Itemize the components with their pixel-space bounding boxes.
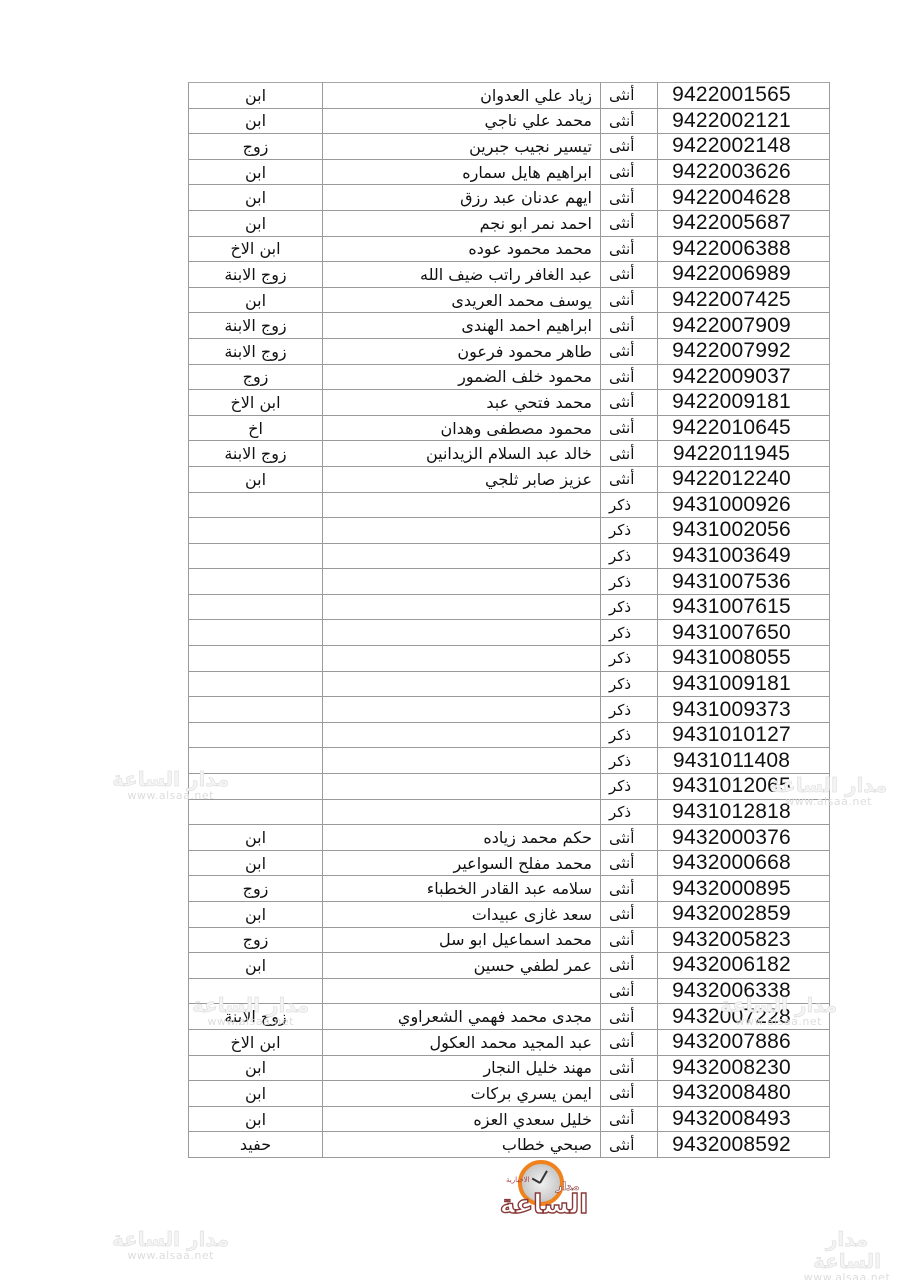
relation-cell [189, 492, 323, 518]
table-row: ابناحمد نمر ابو نجمأنثى9422005687 [189, 210, 830, 236]
id-cell: 9422004628 [658, 185, 830, 211]
id-cell: 9431010127 [658, 722, 830, 748]
table-row: زوج الابنةطاهر محمود فرعونأنثى9422007992 [189, 338, 830, 364]
table-row: زوجمحمود خلف الضمورأنثى9422009037 [189, 364, 830, 390]
name-cell: طاهر محمود فرعون [323, 338, 601, 364]
gender-cell: أنثى [601, 466, 658, 492]
relation-cell: ابن [189, 825, 323, 851]
id-cell: 9431012065 [658, 774, 830, 800]
relation-cell: ابن [189, 1106, 323, 1132]
name-cell [323, 543, 601, 569]
name-cell: سلامه عبد القادر الخطباء [323, 876, 601, 902]
relation-cell: اخ [189, 415, 323, 441]
name-cell: مجدى محمد فهمي الشعراوي [323, 1004, 601, 1030]
name-cell [323, 799, 601, 825]
name-cell: محمد علي ناجي [323, 108, 601, 134]
name-cell [323, 594, 601, 620]
table-row: ذكر9431012065 [189, 774, 830, 800]
name-cell: عبد المجيد محمد العكول [323, 1029, 601, 1055]
name-cell: زياد علي العدوان [323, 83, 601, 109]
relation-cell [189, 774, 323, 800]
gender-cell: أنثى [601, 902, 658, 928]
id-cell: 9422011945 [658, 441, 830, 467]
gender-cell: أنثى [601, 390, 658, 416]
relation-cell [189, 671, 323, 697]
name-cell: ابراهيم احمد الهندى [323, 313, 601, 339]
table-row: ابنيوسف محمد العريدىأنثى9422007425 [189, 287, 830, 313]
gender-cell: أنثى [601, 978, 658, 1004]
gender-cell: ذكر [601, 748, 658, 774]
id-cell: 9431002056 [658, 518, 830, 544]
table-row: ابنمهند خليل النجارأنثى9432008230 [189, 1055, 830, 1081]
document-page: ابنزياد علي العدوانأنثى9422001565ابنمحمد… [0, 0, 904, 1280]
gender-cell: أنثى [601, 185, 658, 211]
table-row: ابنعزيز صابر ثلجيأنثى9422012240 [189, 466, 830, 492]
relation-cell: ابن [189, 953, 323, 979]
name-cell [323, 671, 601, 697]
relation-cell: ابن [189, 1081, 323, 1107]
table-row: زوجسلامه عبد القادر الخطباءأنثى943200089… [189, 876, 830, 902]
table-row: ذكر9431002056 [189, 518, 830, 544]
name-cell: مهند خليل النجار [323, 1055, 601, 1081]
gender-cell: ذكر [601, 569, 658, 595]
name-cell: محمود خلف الضمور [323, 364, 601, 390]
relation-cell: زوج الابنة [189, 1004, 323, 1030]
logo-word: الساعة [498, 1190, 590, 1220]
name-cell: تيسير نجيب جبرين [323, 134, 601, 160]
relation-cell [189, 748, 323, 774]
gender-cell: أنثى [601, 850, 658, 876]
table-row: حفيدصبحي خطابأنثى9432008592 [189, 1132, 830, 1158]
table-row: اخمحمود مصطفى وهدانأنثى9422010645 [189, 415, 830, 441]
name-cell: محمد مفلح السواعير [323, 850, 601, 876]
watermark-bottom-left: مدار الساعة www.alsaa.net [112, 1228, 229, 1262]
table-row: أنثى9432006338 [189, 978, 830, 1004]
name-cell [323, 748, 601, 774]
id-cell: 9432005823 [658, 927, 830, 953]
name-cell [323, 774, 601, 800]
gender-cell: أنثى [601, 108, 658, 134]
gender-cell: أنثى [601, 313, 658, 339]
name-cell [323, 620, 601, 646]
id-cell: 9431009373 [658, 697, 830, 723]
relation-cell: زوج الابنة [189, 262, 323, 288]
name-cell [323, 978, 601, 1004]
id-cell: 9432008480 [658, 1081, 830, 1107]
relation-cell [189, 518, 323, 544]
name-cell: محمد فتحي عبد [323, 390, 601, 416]
table-row: ذكر9431009181 [189, 671, 830, 697]
id-cell: 9432008493 [658, 1106, 830, 1132]
relation-cell [189, 543, 323, 569]
gender-cell: ذكر [601, 722, 658, 748]
id-cell: 9422007425 [658, 287, 830, 313]
relation-cell: ابن [189, 902, 323, 928]
relation-cell: ابن [189, 850, 323, 876]
table-row: ذكر9431000926 [189, 492, 830, 518]
id-cell: 9432008230 [658, 1055, 830, 1081]
id-cell: 9432000668 [658, 850, 830, 876]
id-cell: 9422006388 [658, 236, 830, 262]
gender-cell: أنثى [601, 441, 658, 467]
relation-cell: زوج الابنة [189, 313, 323, 339]
table-row: ذكر9431009373 [189, 697, 830, 723]
gender-cell: أنثى [601, 927, 658, 953]
relation-cell: ابن [189, 83, 323, 109]
table-row: ابنمحمد مفلح السواعيرأنثى9432000668 [189, 850, 830, 876]
id-cell: 9432000895 [658, 876, 830, 902]
records-table: ابنزياد علي العدوانأنثى9422001565ابنمحمد… [188, 82, 830, 1158]
table-row: زوج الابنةخالد عبد السلام الزيدانينأنثى9… [189, 441, 830, 467]
gender-cell: أنثى [601, 236, 658, 262]
logo-tagline: الاخبارية [506, 1176, 530, 1184]
id-cell: 9422003626 [658, 159, 830, 185]
id-cell: 9432008592 [658, 1132, 830, 1158]
id-cell: 9431009181 [658, 671, 830, 697]
name-cell [323, 697, 601, 723]
id-cell: 9422009037 [658, 364, 830, 390]
gender-cell: ذكر [601, 543, 658, 569]
id-cell: 9431011408 [658, 748, 830, 774]
gender-cell: أنثى [601, 415, 658, 441]
table-row: ذكر9431003649 [189, 543, 830, 569]
name-cell [323, 518, 601, 544]
name-cell: عبد الغافر راتب ضيف الله [323, 262, 601, 288]
table-row: ابن الاخمحمد محمود عودهأنثى9422006388 [189, 236, 830, 262]
gender-cell: ذكر [601, 774, 658, 800]
id-cell: 9422006989 [658, 262, 830, 288]
id-cell: 9422007992 [658, 338, 830, 364]
name-cell [323, 722, 601, 748]
id-cell: 9422010645 [658, 415, 830, 441]
watermark-title: مدار الساعة [112, 1228, 229, 1250]
relation-cell: ابن [189, 1055, 323, 1081]
id-cell: 9431007650 [658, 620, 830, 646]
id-cell: 9431000926 [658, 492, 830, 518]
id-cell: 9432007886 [658, 1029, 830, 1055]
relation-cell: زوج [189, 927, 323, 953]
relation-cell: حفيد [189, 1132, 323, 1158]
relation-cell: ابن [189, 210, 323, 236]
id-cell: 9422012240 [658, 466, 830, 492]
id-cell: 9422001565 [658, 83, 830, 109]
relation-cell: زوج [189, 134, 323, 160]
watermark-title: مدار الساعة [790, 1228, 904, 1272]
table-row: زوج الابنةابراهيم احمد الهندىأنثى9422007… [189, 313, 830, 339]
relation-cell [189, 646, 323, 672]
relation-cell [189, 620, 323, 646]
id-cell: 9431003649 [658, 543, 830, 569]
id-cell: 9422009181 [658, 390, 830, 416]
relation-cell [189, 978, 323, 1004]
relation-cell: ابن الاخ [189, 390, 323, 416]
id-cell: 9422002121 [658, 108, 830, 134]
table-row: ذكر9431007650 [189, 620, 830, 646]
table-row: ابنعمر لطفي حسينأنثى9432006182 [189, 953, 830, 979]
table-row: زوج الابنةمجدى محمد فهمي الشعراويأنثى943… [189, 1004, 830, 1030]
gender-cell: أنثى [601, 364, 658, 390]
gender-cell: أنثى [601, 1081, 658, 1107]
name-cell [323, 646, 601, 672]
gender-cell: أنثى [601, 953, 658, 979]
relation-cell: ابن [189, 108, 323, 134]
id-cell: 9432006338 [658, 978, 830, 1004]
gender-cell: أنثى [601, 159, 658, 185]
name-cell: ايمن يسري بركات [323, 1081, 601, 1107]
relation-cell: زوج [189, 876, 323, 902]
name-cell: حكم محمد زياده [323, 825, 601, 851]
gender-cell: ذكر [601, 646, 658, 672]
records-table-body: ابنزياد علي العدوانأنثى9422001565ابنمحمد… [189, 83, 830, 1158]
name-cell: عزيز صابر ثلجي [323, 466, 601, 492]
name-cell: ايهم عدنان عبد رزق [323, 185, 601, 211]
id-cell: 9432007228 [658, 1004, 830, 1030]
table-row: ابنايمن يسري بركاتأنثى9432008480 [189, 1081, 830, 1107]
gender-cell: أنثى [601, 1004, 658, 1030]
gender-cell: ذكر [601, 697, 658, 723]
gender-cell: أنثى [601, 825, 658, 851]
table-row: ابنخليل سعدي العزهأنثى9432008493 [189, 1106, 830, 1132]
name-cell: احمد نمر ابو نجم [323, 210, 601, 236]
gender-cell: أنثى [601, 876, 658, 902]
table-row: ابنحكم محمد زيادهأنثى9432000376 [189, 825, 830, 851]
gender-cell: أنثى [601, 83, 658, 109]
name-cell [323, 569, 601, 595]
name-cell: سعد غازى عبيدات [323, 902, 601, 928]
id-cell: 9431007536 [658, 569, 830, 595]
gender-cell: أنثى [601, 134, 658, 160]
table-row: ابنزياد علي العدوانأنثى9422001565 [189, 83, 830, 109]
table-row: ذكر9431012818 [189, 799, 830, 825]
relation-cell [189, 799, 323, 825]
gender-cell: أنثى [601, 1029, 658, 1055]
relation-cell: ابن الاخ [189, 236, 323, 262]
name-cell: صبحي خطاب [323, 1132, 601, 1158]
table-row: ابنابراهيم هايل سمارهأنثى9422003626 [189, 159, 830, 185]
watermark-url: www.alsaa.net [112, 1250, 229, 1262]
table-row: ذكر9431010127 [189, 722, 830, 748]
id-cell: 9432006182 [658, 953, 830, 979]
table-row: ذكر9431011408 [189, 748, 830, 774]
id-cell: 9431008055 [658, 646, 830, 672]
gender-cell: أنثى [601, 338, 658, 364]
name-cell: محمود مصطفى وهدان [323, 415, 601, 441]
table-row: ذكر9431008055 [189, 646, 830, 672]
table-row: ذكر9431007536 [189, 569, 830, 595]
gender-cell: ذكر [601, 518, 658, 544]
relation-cell [189, 569, 323, 595]
watermark-url: www.alsaa.net [790, 1272, 904, 1280]
gender-cell: ذكر [601, 799, 658, 825]
table-row: ابن الاخعبد المجيد محمد العكولأنثى943200… [189, 1029, 830, 1055]
table-row: ذكر9431007615 [189, 594, 830, 620]
gender-cell: ذكر [601, 671, 658, 697]
table-row: ابنسعد غازى عبيداتأنثى9432002859 [189, 902, 830, 928]
relation-cell [189, 722, 323, 748]
table-row: ابنايهم عدنان عبد رزقأنثى9422004628 [189, 185, 830, 211]
table-row: ابنمحمد علي ناجيأنثى9422002121 [189, 108, 830, 134]
relation-cell: ابن [189, 287, 323, 313]
id-cell: 9432002859 [658, 902, 830, 928]
name-cell [323, 492, 601, 518]
id-cell: 9431007615 [658, 594, 830, 620]
gender-cell: ذكر [601, 492, 658, 518]
relation-cell: ابن [189, 159, 323, 185]
gender-cell: أنثى [601, 262, 658, 288]
gender-cell: أنثى [601, 210, 658, 236]
name-cell: عمر لطفي حسين [323, 953, 601, 979]
table-row: ابن الاخمحمد فتحي عبدأنثى9422009181 [189, 390, 830, 416]
gender-cell: أنثى [601, 1055, 658, 1081]
id-cell: 9422005687 [658, 210, 830, 236]
name-cell: محمد محمود عوده [323, 236, 601, 262]
gender-cell: ذكر [601, 594, 658, 620]
gender-cell: أنثى [601, 1132, 658, 1158]
watermark-bottom-right: مدار الساعة www.alsaa.net [790, 1228, 904, 1280]
id-cell: 9422002148 [658, 134, 830, 160]
id-cell: 9422007909 [658, 313, 830, 339]
name-cell: خالد عبد السلام الزيدانين [323, 441, 601, 467]
site-logo: الاخبارية مدار الساعة [498, 1160, 590, 1220]
gender-cell: أنثى [601, 1106, 658, 1132]
name-cell: يوسف محمد العريدى [323, 287, 601, 313]
table-row: زوج الابنةعبد الغافر راتب ضيف اللهأنثى94… [189, 262, 830, 288]
id-cell: 9432000376 [658, 825, 830, 851]
relation-cell: ابن [189, 466, 323, 492]
id-cell: 9431012818 [658, 799, 830, 825]
relation-cell [189, 594, 323, 620]
relation-cell: زوج الابنة [189, 441, 323, 467]
relation-cell: ابن الاخ [189, 1029, 323, 1055]
relation-cell: زوج [189, 364, 323, 390]
table-row: زوجمحمد اسماعيل ابو سلأنثى9432005823 [189, 927, 830, 953]
relation-cell: زوج الابنة [189, 338, 323, 364]
name-cell: خليل سعدي العزه [323, 1106, 601, 1132]
table-row: زوجتيسير نجيب جبرينأنثى9422002148 [189, 134, 830, 160]
gender-cell: أنثى [601, 287, 658, 313]
relation-cell [189, 697, 323, 723]
gender-cell: ذكر [601, 620, 658, 646]
relation-cell: ابن [189, 185, 323, 211]
name-cell: ابراهيم هايل سماره [323, 159, 601, 185]
name-cell: محمد اسماعيل ابو سل [323, 927, 601, 953]
